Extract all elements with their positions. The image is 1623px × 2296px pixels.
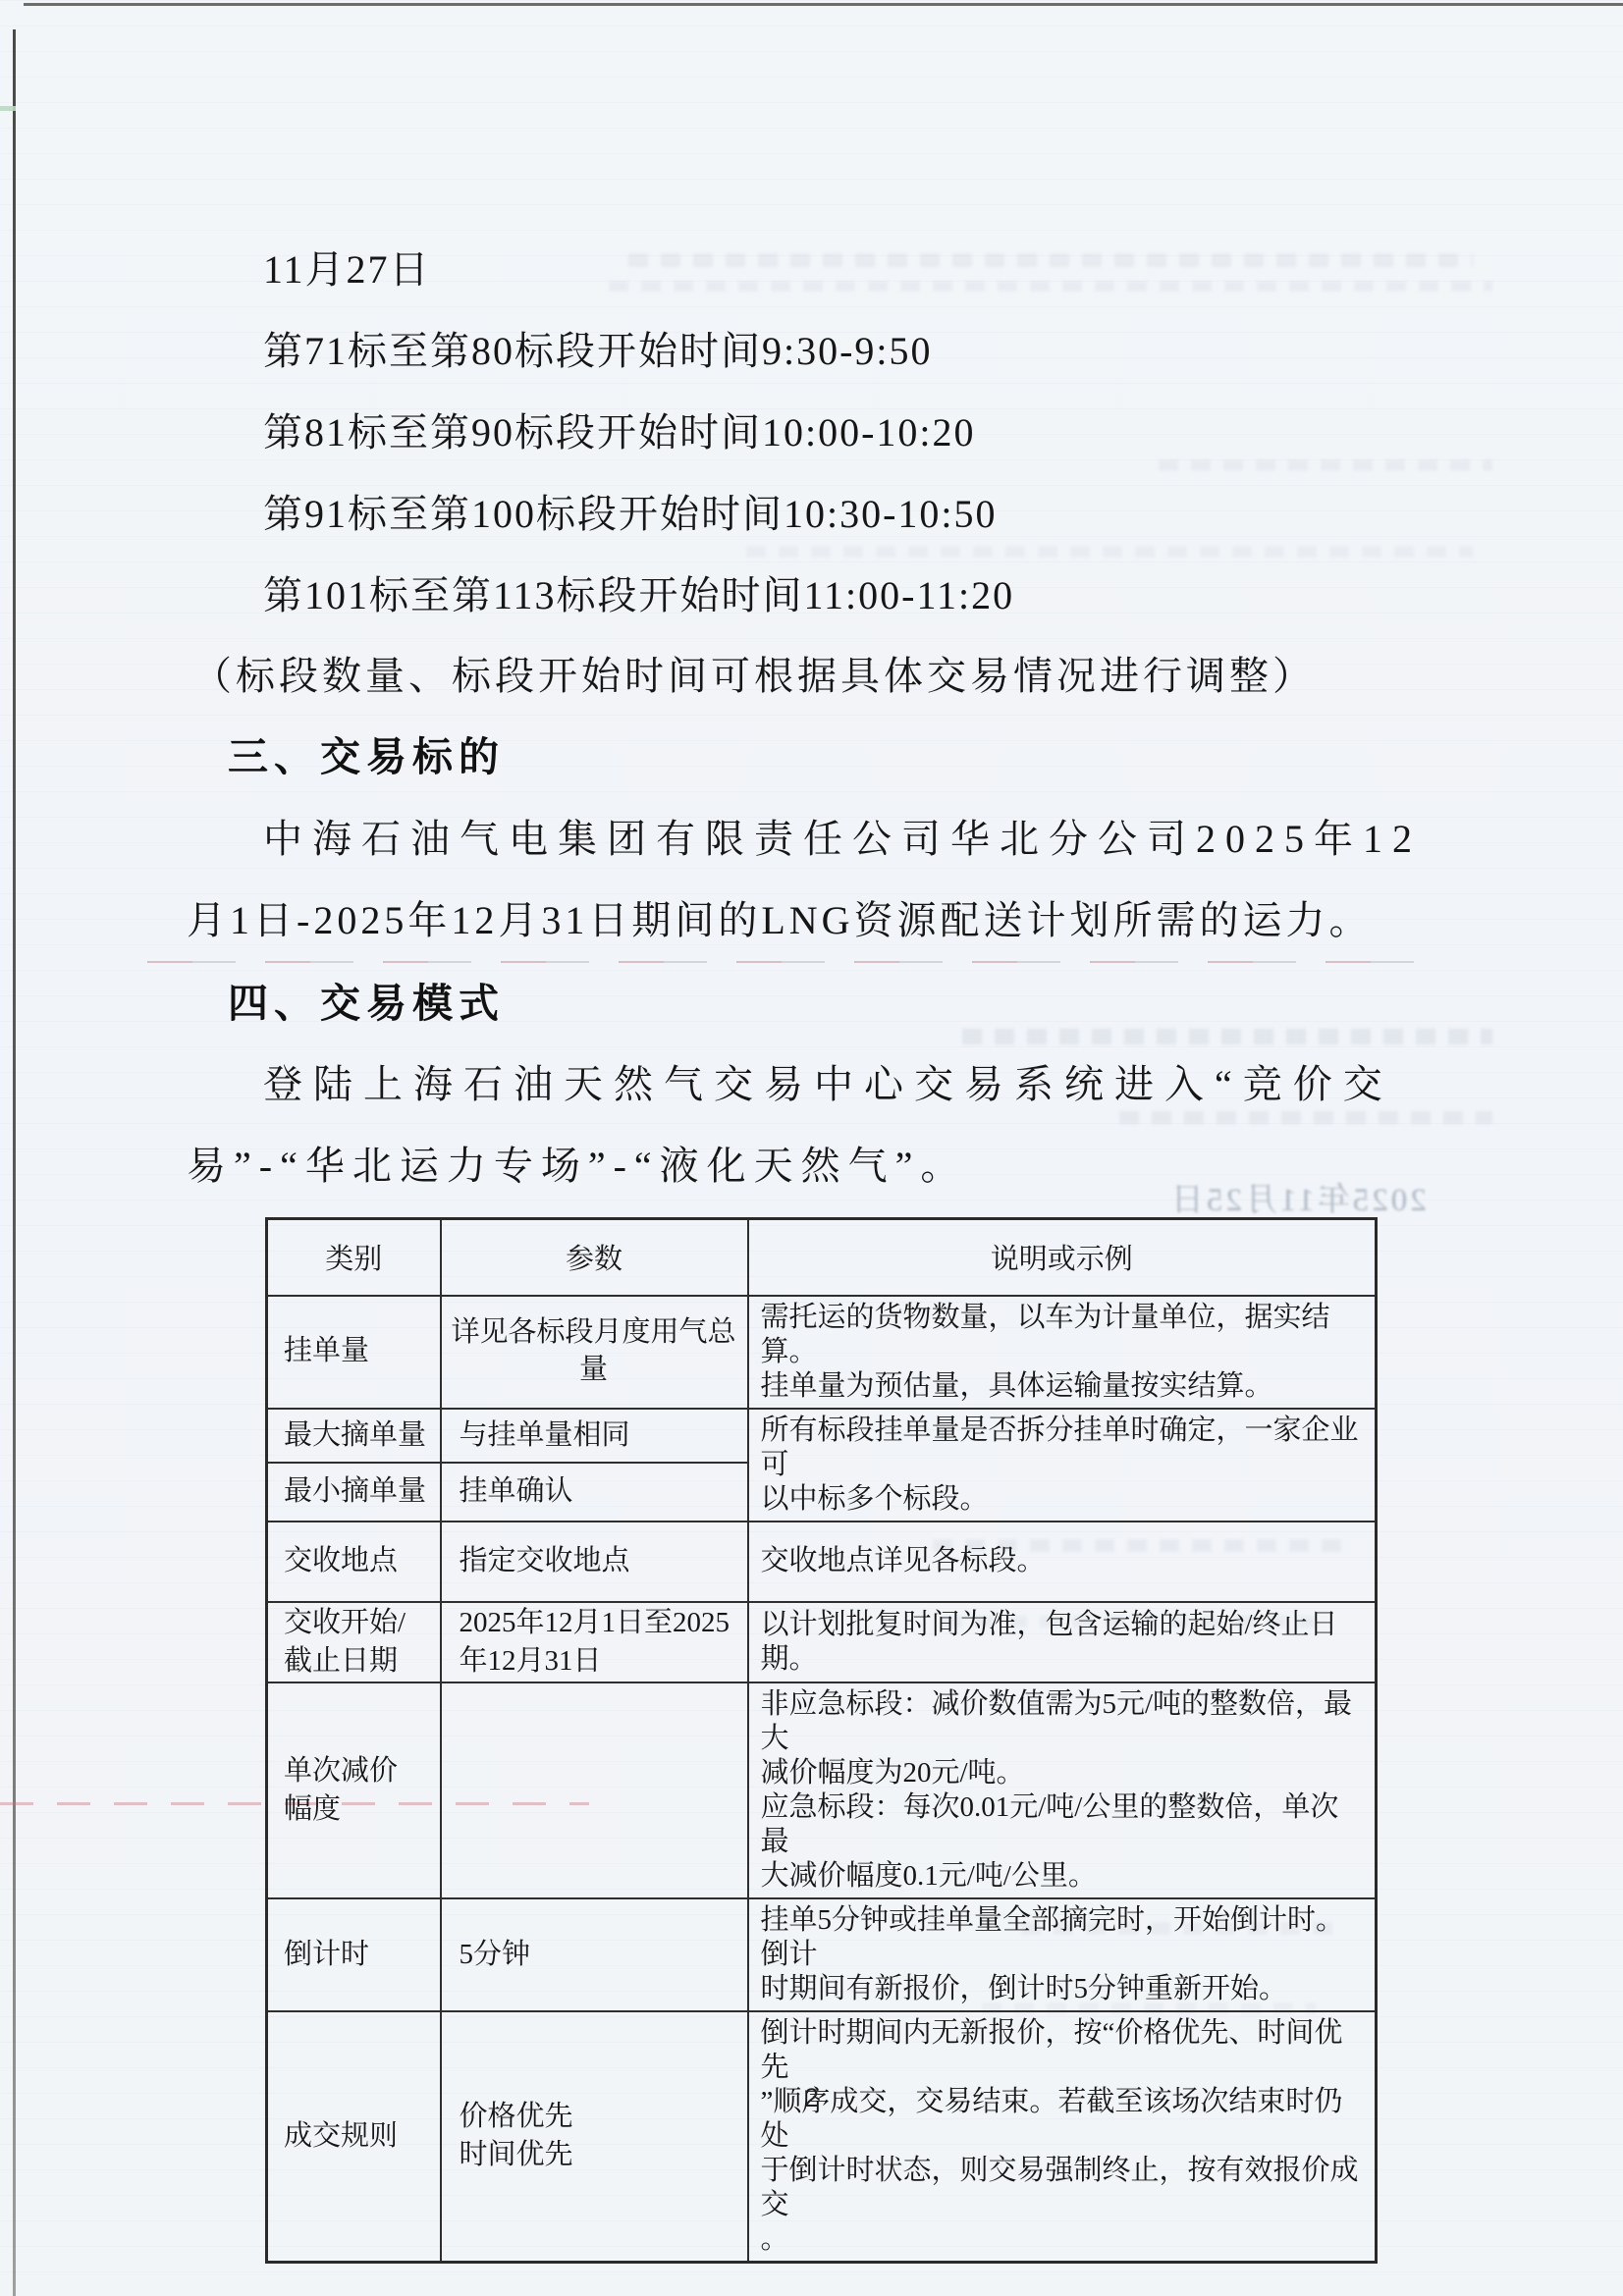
- table-row: 交收地点 指定交收地点 交收地点详见各标段。: [267, 1522, 1377, 1602]
- cell-category: 最大摘单量: [267, 1409, 441, 1464]
- table-header-parameter: 参数: [441, 1219, 748, 1296]
- cell-description: 以计划批复时间为准，包含运输的起始/终止日期。: [748, 1602, 1377, 1682]
- cell-category: 交收地点: [267, 1522, 441, 1602]
- schedule-note: （标段数量、标段开始时间可根据具体交易情况进行调整）: [192, 654, 1316, 699]
- bleedthrough-smudge: [746, 546, 1473, 558]
- cell-category: 交收开始/ 截止日期: [267, 1602, 441, 1682]
- cell-category: 倒计时: [267, 1898, 441, 2011]
- bleedthrough-smudge: [628, 253, 1473, 267]
- paragraph-line: 登陆上海石油天然气交易中心交易系统进入“竞价交: [263, 1062, 1393, 1107]
- schedule-line: 第101标至第113标段开始时间11:00-11:20: [263, 573, 1014, 618]
- table-row: 挂单量 详见各标段月度用气总 量 需托运的货物数量，以车为计量单位，据实结算。 …: [267, 1296, 1377, 1409]
- cell-parameter: 与挂单量相同: [441, 1409, 748, 1464]
- paragraph-line: 易”-“华北运力专场”-“液化天然气”。: [187, 1144, 967, 1189]
- cell-description: 挂单5分钟或挂单量全部摘完时，开始倒计时。倒计 时期间有新报价，倒计时5分钟重新…: [748, 1898, 1377, 2011]
- scan-edge-line-top: [24, 3, 1623, 6]
- schedule-line: 第81标至第90标段开始时间10:00-10:20: [263, 410, 976, 455]
- paragraph-line: 中海石油气电集团有限责任公司华北分公司2025年12: [263, 817, 1422, 862]
- paragraph-line: 月1日-2025年12月31日期间的LNG资源配送计划所需的运力。: [187, 898, 1373, 943]
- scan-edge-line-left: [13, 29, 16, 2296]
- cell-description: 非应急标段：减价数值需为5元/吨的整数倍，最大 减价幅度为20元/吨。 应急标段…: [748, 1682, 1377, 1898]
- cell-category: 单次减价 幅度: [267, 1682, 441, 1898]
- schedule-line: 第91标至第100标段开始时间10:30-10:50: [263, 492, 998, 537]
- schedule-date-line: 11月27日: [263, 247, 431, 293]
- cell-category: 挂单量: [267, 1296, 441, 1409]
- cell-parameter: 价格优先 时间优先: [441, 2011, 748, 2263]
- table-row: 最大摘单量 与挂单量相同 所有标段挂单量是否拆分挂单时确定，一家企业可 以中标多…: [267, 1409, 1377, 1464]
- scanned-document-page: 2025年11月25日 11月27日 第71标至第80标段开始时间9:30-9:…: [0, 0, 1623, 2296]
- cell-parameter: 2025年12月1日至2025 年12月31日: [441, 1602, 748, 1682]
- cell-parameter: 5分钟: [441, 1898, 748, 2011]
- page-number: 2: [0, 2083, 1623, 2113]
- cell-parameter: 详见各标段月度用气总 量: [441, 1296, 748, 1409]
- bleedthrough-smudge: [962, 1029, 1492, 1044]
- table-row: 成交规则 价格优先 时间优先 倒计时期间内无新报价，按“价格优先、时间优先 ”顺…: [267, 2011, 1377, 2263]
- table-row: 交收开始/ 截止日期 2025年12月1日至2025 年12月31日 以计划批复…: [267, 1602, 1377, 1682]
- schedule-line: 第71标至第80标段开始时间9:30-9:50: [263, 329, 933, 374]
- section-heading-trade-mode: 四、交易模式: [228, 981, 505, 1027]
- cell-description: 倒计时期间内无新报价，按“价格优先、时间优先 ”顺序成交，交易结束。若截至该场次…: [748, 2011, 1377, 2263]
- cell-category: 最小摘单量: [267, 1463, 441, 1521]
- cell-parameter: 指定交收地点: [441, 1522, 748, 1602]
- cell-description-merged: 所有标段挂单量是否拆分挂单时确定，一家企业可 以中标多个标段。: [748, 1409, 1377, 1522]
- scan-artifact-line: [147, 961, 1414, 963]
- bleedthrough-smudge: [1119, 1111, 1492, 1124]
- table-row: 倒计时 5分钟 挂单5分钟或挂单量全部摘完时，开始倒计时。倒计 时期间有新报价，…: [267, 1898, 1377, 2011]
- cell-description: 交收地点详见各标段。: [748, 1522, 1377, 1602]
- bleedthrough-smudge: [609, 281, 1492, 292]
- bleedthrough-smudge: [1159, 459, 1492, 471]
- section-heading-trade-subject: 三、交易标的: [228, 734, 505, 780]
- scan-tick-mark: [0, 106, 16, 111]
- cell-parameter: 挂单确认: [441, 1463, 748, 1521]
- cell-description: 需托运的货物数量，以车为计量单位，据实结算。 挂单量为预估量，具体运输量按实结算…: [748, 1296, 1377, 1409]
- cell-category: 成交规则: [267, 2011, 441, 2263]
- table-header-row: 类别 参数 说明或示例: [267, 1219, 1377, 1296]
- table-header-description: 说明或示例: [748, 1219, 1377, 1296]
- cell-parameter: [441, 1682, 748, 1898]
- table-row: 单次减价 幅度 非应急标段：减价数值需为5元/吨的整数倍，最大 减价幅度为20元…: [267, 1682, 1377, 1898]
- bleedthrough-text-fragment: 2025年11月25日: [1168, 1174, 1427, 1220]
- table-header-category: 类别: [267, 1219, 441, 1296]
